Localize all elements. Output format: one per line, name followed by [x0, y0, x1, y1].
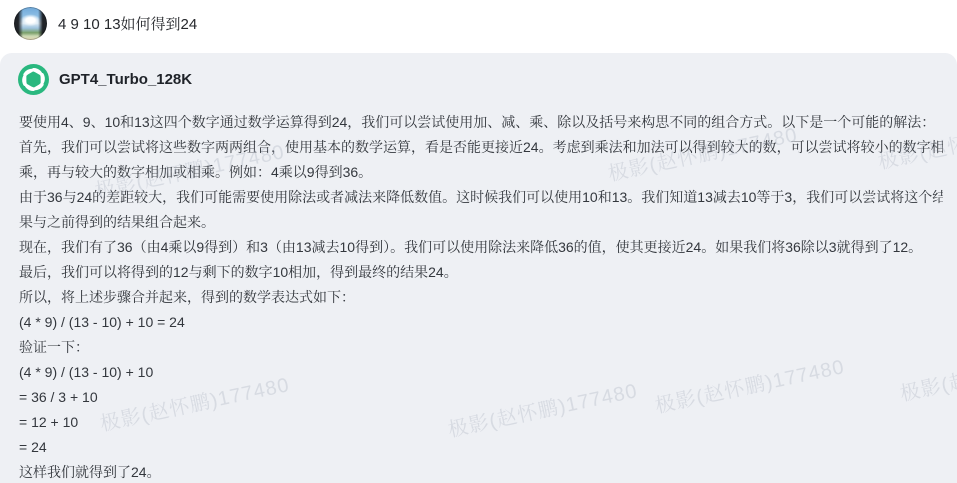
assistant-header: GPT4_Turbo_128K: [18, 64, 192, 95]
message-line: 现在，我们有了36（由4乘以9得到）和3（由13减去10得到）。我们可以使用除法…: [19, 235, 943, 260]
user-avatar: [14, 7, 47, 40]
message-line: 首先，我们可以尝试将这些数字两两组合，使用基本的数学运算，看是否能更接近24。考…: [19, 135, 943, 160]
message-line: 果与之前得到的结果组合起来。: [19, 210, 943, 235]
message-line: (4 * 9) / (13 - 10) + 10 = 24: [19, 310, 943, 335]
message-line: 验证一下：: [19, 335, 943, 360]
openai-logo-icon: [18, 64, 49, 95]
message-line: (4 * 9) / (13 - 10) + 10: [19, 360, 943, 385]
assistant-message: 要使用4、9、10和13这四个数字通过数学运算得到24，我们可以尝试使用加、减、…: [19, 110, 943, 483]
message-line: 由于36与24的差距较大，我们可能需要使用除法或者减法来降低数值。这时候我们可以…: [19, 185, 943, 210]
user-message-text: 4 9 10 13如何得到24: [58, 13, 197, 34]
message-line: 所以，将上述步骤合并起来，得到的数学表达式如下：: [19, 285, 943, 310]
message-line: 最后，我们可以将得到的12与剩下的数字10相加，得到最终的结果24。: [19, 260, 943, 285]
assistant-message-card: GPT4_Turbo_128K 要使用4、9、10和13这四个数字通过数学运算得…: [0, 53, 957, 483]
message-line: = 12 + 10: [19, 410, 943, 435]
message-line: = 24: [19, 435, 943, 460]
user-message-row: 4 9 10 13如何得到24: [14, 7, 197, 40]
message-line: 乘，再与较大的数字相加或相乘。例如：4乘以9得到36。: [19, 160, 943, 185]
chat-screen: 4 9 10 13如何得到24 GPT4_Turbo_128K: [0, 0, 957, 483]
message-line: 这样我们就得到了24。: [19, 460, 943, 483]
model-name: GPT4_Turbo_128K: [59, 71, 192, 88]
message-line: 要使用4、9、10和13这四个数字通过数学运算得到24，我们可以尝试使用加、减、…: [19, 110, 943, 135]
message-line: = 36 / 3 + 10: [19, 385, 943, 410]
